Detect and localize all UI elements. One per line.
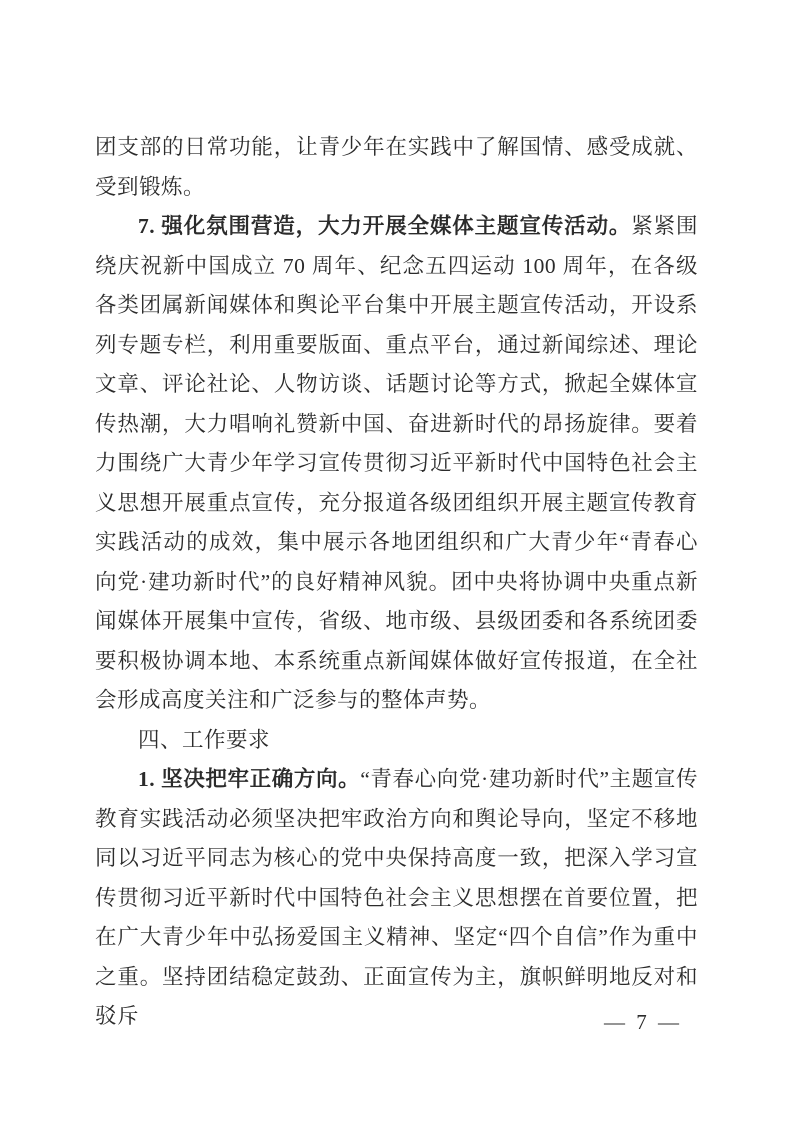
paragraph-text: 紧紧围绕庆祝新中国成立 70 周年、纪念五四运动 100 周年，在各级各类团属新… xyxy=(95,214,698,712)
section-heading-work-requirements: 四、工作要求 xyxy=(95,721,698,761)
paragraph-item-1: 1. 坚决把牢正确方向。“青春心向党·建功新时代”主题宣传教育实践活动必须坚决把… xyxy=(95,760,698,1037)
paragraph-item-7: 7. 强化氛围营造，大力开展全媒体主题宣传活动。紧紧围绕庆祝新中国成立 70 周… xyxy=(95,207,698,721)
paragraph-lead-bold: 1. 坚决把牢正确方向。 xyxy=(138,767,360,791)
document-page: 团支部的日常功能，让青少年在实践中了解国情、感受成就、受到锻炼。 7. 强化氛围… xyxy=(0,0,793,1122)
document-body: 团支部的日常功能，让青少年在实践中了解国情、感受成就、受到锻炼。 7. 强化氛围… xyxy=(95,128,698,1037)
paragraph-lead-bold: 7. 强化氛围营造，大力开展全媒体主题宣传活动。 xyxy=(138,214,631,238)
page-number: — 7 — xyxy=(604,1003,682,1043)
paragraph-continuation: 团支部的日常功能，让青少年在实践中了解国情、感受成就、受到锻炼。 xyxy=(95,128,698,207)
paragraph-text: “青春心向党·建功新时代”主题宣传教育实践活动必须坚决把牢政治方向和舆论导向，坚… xyxy=(95,767,698,1028)
paragraph-text: 团支部的日常功能，让青少年在实践中了解国情、感受成就、受到锻炼。 xyxy=(95,135,698,199)
